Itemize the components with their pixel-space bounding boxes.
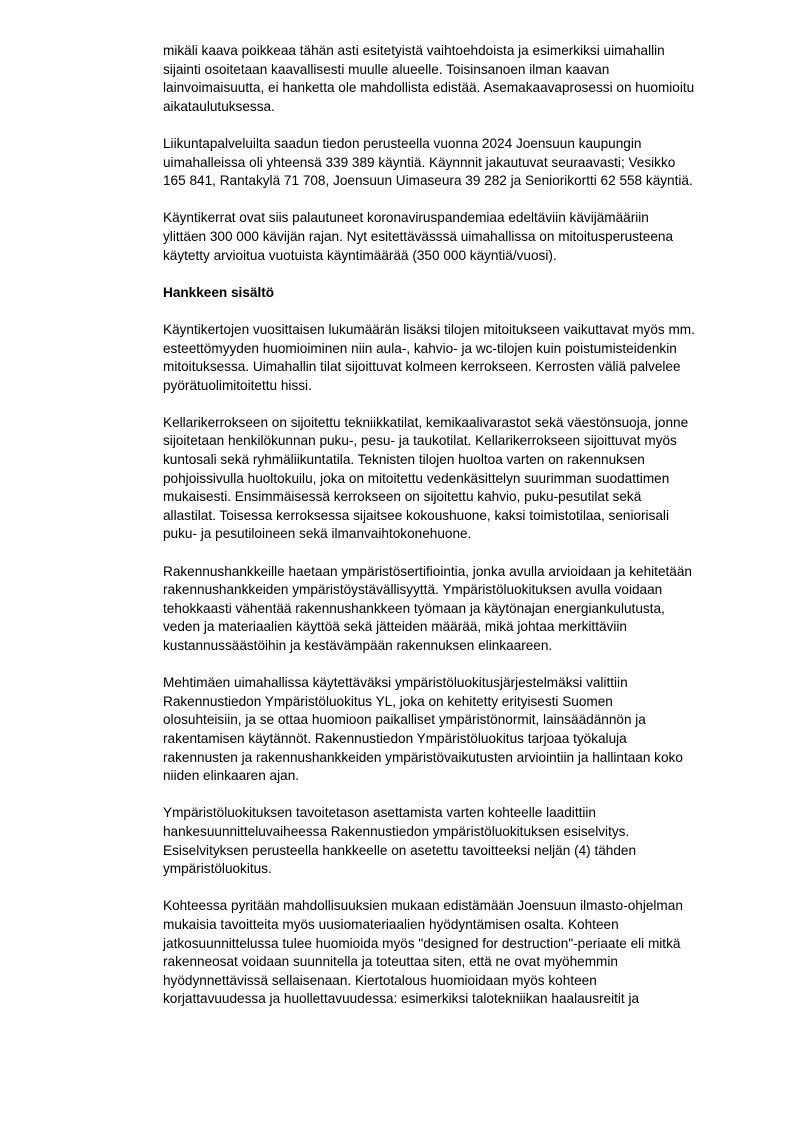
text-line: rakennusten ja rakennushankkeiden ympäri… [163, 749, 763, 768]
text-line: ympäristöluokitus. [163, 860, 763, 879]
text-line: puku- ja pesutiloineen sekä ilmanvaihtok… [163, 525, 763, 544]
text-line: mukaisia tavoitteita myös uusiomateriaal… [163, 916, 763, 935]
text-line: kustannussäästöihin ja kestävämpään rake… [163, 637, 763, 656]
paragraph: mikäli kaava poikkeaa tähän asti esitety… [163, 42, 763, 116]
section-heading: Hankkeen sisältö [163, 284, 763, 303]
text-line: käytetty arvioitua vuotuista käyntimäärä… [163, 247, 763, 266]
text-line: jatkosuunnittelussa tulee huomioida myös… [163, 935, 763, 954]
text-line: rakennushankkeiden ympäristöystävällisyy… [163, 581, 763, 600]
text-line: mikäli kaava poikkeaa tähän asti esitety… [163, 42, 763, 61]
text-line: ylittäen 300 000 kävijän rajan. Nyt esit… [163, 228, 763, 247]
text-line: Ympäristöluokituksen tavoitetason asetta… [163, 804, 763, 823]
paragraph: Käyntikertojen vuosittaisen lukumäärän l… [163, 321, 763, 395]
text-line: Esiselvityksen perusteella hankkeelle on… [163, 842, 763, 861]
text-line: rakentamisen käytännöt. Rakennustiedon Y… [163, 730, 763, 749]
text-line: hankesuunnitteluvaiheessa Rakennustiedon… [163, 823, 763, 842]
text-line: mitoituksessa. Uimahallin tilat sijoittu… [163, 358, 763, 377]
text-line: Käyntikerrat ovat siis palautuneet koron… [163, 209, 763, 228]
text-line: aikataulutuksessa. [163, 98, 763, 117]
paragraph: Käyntikerrat ovat siis palautuneet koron… [163, 209, 763, 265]
document-page: mikäli kaava poikkeaa tähän asti esitety… [163, 42, 763, 1027]
text-line: mukaisesti. Ensimmäisessä kerrokseen on … [163, 488, 763, 507]
text-line: lainvoimaisuutta, ei hanketta ole mahdol… [163, 79, 763, 98]
text-line: kuntosali sekä ryhmäliikuntatila. Teknis… [163, 451, 763, 470]
text-line: rakenneosat voidaan suunnitella ja toteu… [163, 953, 763, 972]
paragraph: Kellarikerrokseen on sijoitettu tekniikk… [163, 414, 763, 544]
text-line: Rakennushankkeille haetaan ympäristösert… [163, 563, 763, 582]
text-line: Käyntikertojen vuosittaisen lukumäärän l… [163, 321, 763, 340]
text-line: uimahalleissa oli yhteensä 339 389 käynt… [163, 154, 763, 173]
text-line: niiden elinkaaren ajan. [163, 767, 763, 786]
text-line: esteettömyyden huomioiminen niin aula-, … [163, 340, 763, 359]
text-line: hyödynnettävissä sellaisenaan. Kiertotal… [163, 972, 763, 991]
text-line: pohjoissivulla huoltokuilu, joka on mito… [163, 470, 763, 489]
text-line: Kohteessa pyritään mahdollisuuksien muka… [163, 897, 763, 916]
text-line: Mehtimäen uimahallissa käytettäväksi ymp… [163, 674, 763, 693]
text-line: allastilat. Toisessa kerroksessa sijaits… [163, 507, 763, 526]
text-line: veden ja materiaalien käyttöä sekä jätte… [163, 618, 763, 637]
text-line: tehokkaasti vähentää rakennushankkeen ty… [163, 600, 763, 619]
text-line: pyörätuolimitoitettu hissi. [163, 377, 763, 396]
text-line: Kellarikerrokseen on sijoitettu tekniikk… [163, 414, 763, 433]
paragraph: Rakennushankkeille haetaan ympäristösert… [163, 563, 763, 656]
text-line: Rakennustiedon Ympäristöluokitus YL, jok… [163, 693, 763, 712]
paragraph: Ympäristöluokituksen tavoitetason asetta… [163, 804, 763, 878]
paragraph: Kohteessa pyritään mahdollisuuksien muka… [163, 897, 763, 1009]
paragraph: Liikuntapalveluilta saadun tiedon perust… [163, 135, 763, 191]
text-line: sijoitetaan henkilökunnan puku-, pesu- j… [163, 432, 763, 451]
text-line: 165 841, Rantakylä 71 708, Joensuun Uima… [163, 172, 763, 191]
paragraph: Mehtimäen uimahallissa käytettäväksi ymp… [163, 674, 763, 786]
text-line: olosuhteisiin, ja se ottaa huomioon paik… [163, 711, 763, 730]
text-line: sijainti osoitetaan kaavallisesti muulle… [163, 61, 763, 80]
text-line: korjattavuudessa ja huollettavuudessa: e… [163, 990, 763, 1009]
text-line: Liikuntapalveluilta saadun tiedon perust… [163, 135, 763, 154]
